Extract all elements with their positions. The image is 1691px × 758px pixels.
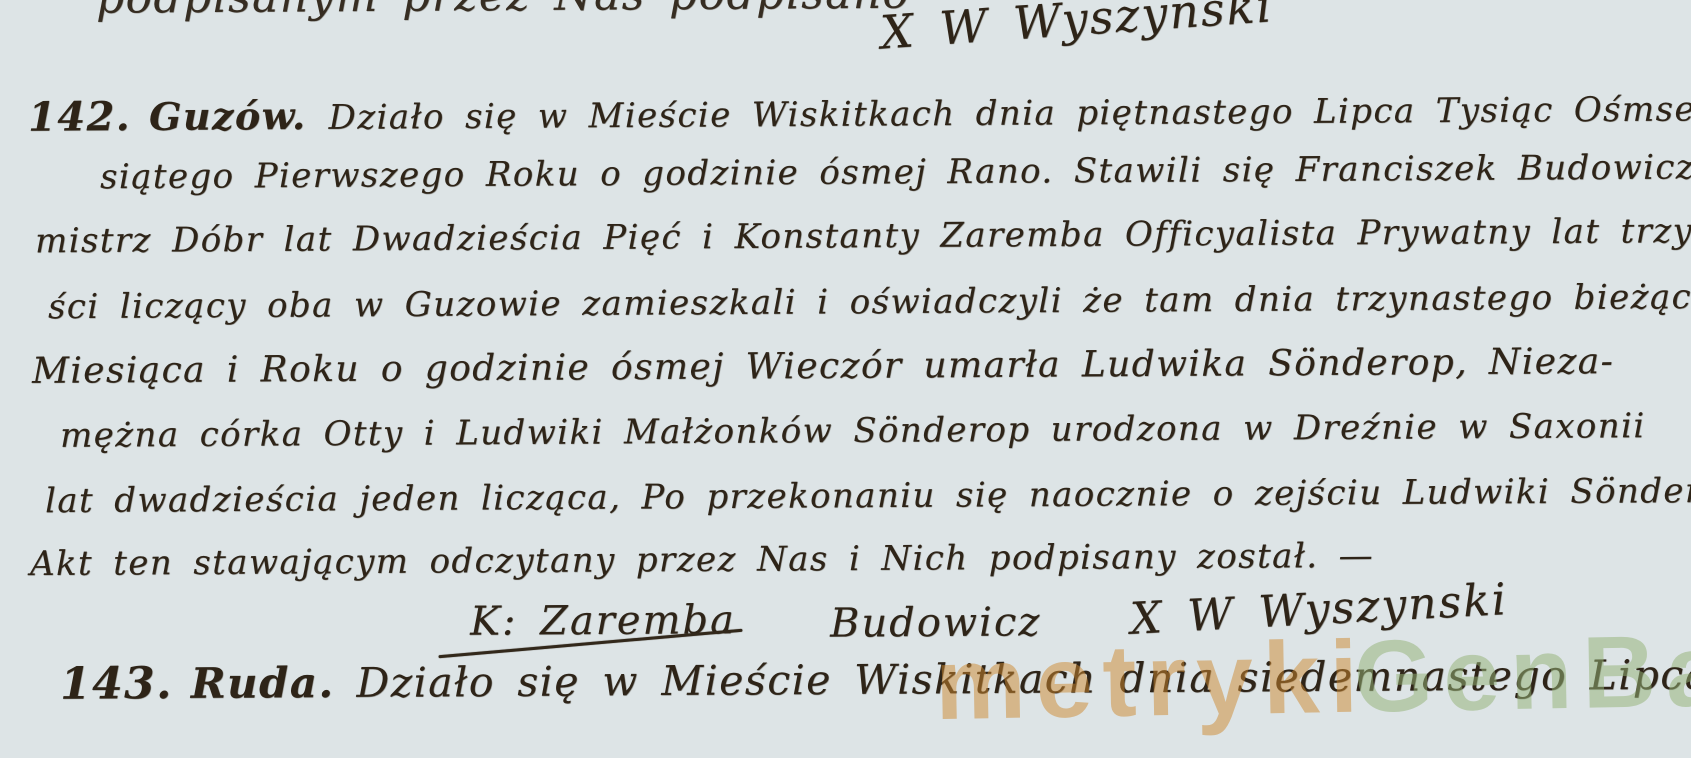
record-142-line-7: lat dwadzieścia jeden licząca, Po przeko… (45, 471, 1691, 521)
register-page-scan: podpisanym przez Nas podpisano — X W Wys… (0, 0, 1691, 758)
record-143-place: Ruda. (191, 658, 335, 708)
record-142-number: 142. (28, 93, 131, 141)
signature-zaremba: K: Zaremba (470, 597, 736, 645)
record-142-line-5: Miesiąca i Roku o godzinie ósmej Wieczór… (32, 341, 1614, 392)
record-142-line-2: siątego Pierwszego Roku o godzinie ósmej… (100, 147, 1691, 198)
record-142-place: Guzów. (149, 93, 307, 139)
archive-watermark: metrykiGenBaza (934, 610, 1691, 743)
record-142-line-1: Działo się w Mieście Wiskitkach dnia pię… (328, 88, 1691, 138)
watermark-word-metryki: metryki (934, 620, 1369, 742)
record-142-line-6: mężna córka Otty i Ludwiki Małżonków Sön… (60, 406, 1646, 456)
record-142-line-8: Akt ten stawającym odczytany przez Nas i… (30, 536, 1374, 584)
top-registrar-signature: X W Wyszynski (879, 0, 1275, 60)
previous-record-fragment: podpisanym przez Nas podpisano — (96, 0, 979, 24)
record-142-line-3: mistrz Dóbr lat Dwadzieścia Pięć i Konst… (35, 211, 1691, 262)
record-142-line-4: ści liczący oba w Guzowie zamieszkali i … (48, 277, 1691, 327)
record-143-number: 143. (60, 658, 173, 710)
watermark-word-genbaza: GenBaza (1353, 611, 1691, 734)
